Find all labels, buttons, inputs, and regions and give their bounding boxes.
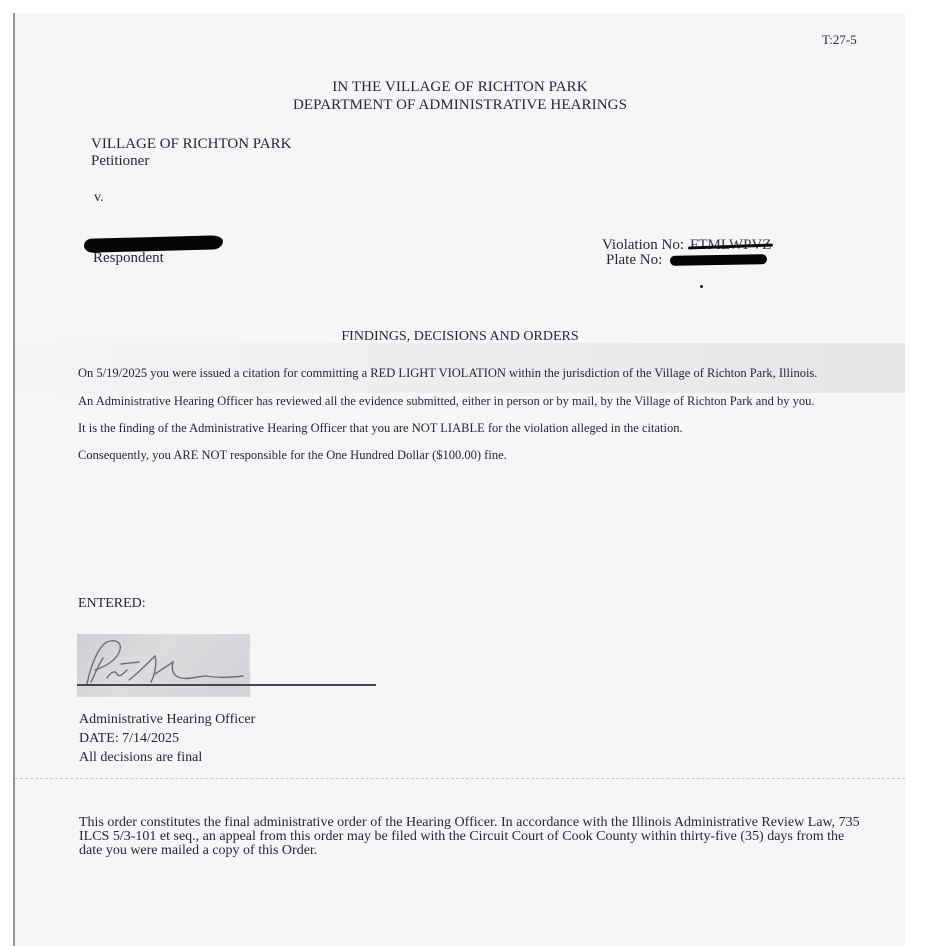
final-note: All decisions are final bbox=[79, 748, 255, 767]
finding-paragraph: An Administrative Hearing Officer has re… bbox=[78, 394, 814, 409]
header-line-2: DEPARTMENT OF ADMINISTRATIVE HEARINGS bbox=[15, 97, 905, 114]
signature-date: DATE: 7/14/2025 bbox=[79, 729, 255, 748]
petitioner-name: VILLAGE OF RICHTON PARK bbox=[91, 136, 291, 153]
appeal-notice: This order constitutes the final adminis… bbox=[79, 816, 869, 858]
plate-number-redaction bbox=[670, 254, 767, 266]
signature-image bbox=[77, 634, 250, 697]
document-code: T:27-5 bbox=[822, 32, 857, 48]
petitioner-label: Petitioner bbox=[91, 153, 149, 170]
plate-label: Plate No: bbox=[606, 252, 662, 268]
versus-label: v. bbox=[94, 190, 104, 206]
respondent-label: Respondent bbox=[93, 250, 164, 267]
finding-paragraph: It is the finding of the Administrative … bbox=[78, 421, 683, 436]
signature-scribble-icon bbox=[77, 634, 250, 697]
document-page: T:27-5 IN THE VILLAGE OF RICHTON PARK DE… bbox=[13, 13, 905, 946]
document-title: FINDINGS, DECISIONS AND ORDERS bbox=[15, 329, 905, 345]
stray-mark bbox=[700, 285, 703, 288]
violation-label: Violation No: bbox=[602, 237, 684, 253]
header-line-1: IN THE VILLAGE OF RICHTON PARK bbox=[15, 79, 905, 96]
finding-paragraph: On 5/19/2025 you were issued a citation … bbox=[78, 366, 817, 381]
signature-line bbox=[77, 684, 376, 686]
entered-label: ENTERED: bbox=[78, 596, 146, 612]
finding-paragraph: Consequently, you ARE NOT responsible fo… bbox=[78, 448, 507, 463]
plate-number: Plate No: bbox=[606, 252, 662, 269]
signer-block: Administrative Hearing Officer DATE: 7/1… bbox=[79, 710, 255, 767]
violation-value: FTMLWPVZ bbox=[690, 237, 771, 254]
perforation-line bbox=[15, 778, 905, 780]
signer-title: Administrative Hearing Officer bbox=[79, 710, 255, 729]
